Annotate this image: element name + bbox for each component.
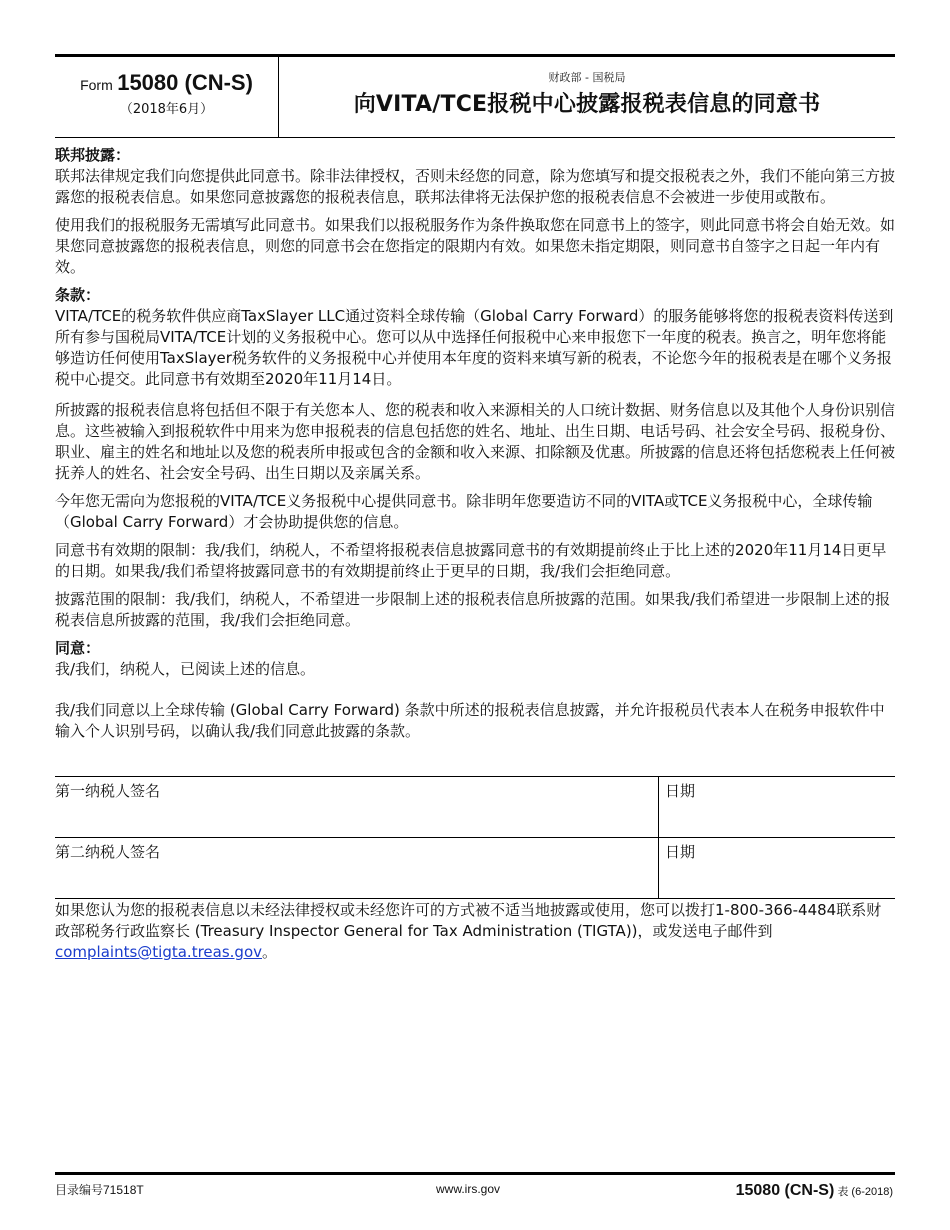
complaints-email-link[interactable]: complaints@tigta.treas.gov: [55, 943, 262, 961]
federal-disclosure-paragraph-1: 联邦法律规定我们向您提供此同意书。除非法律授权，否则未经您的同意，除为您填写和提…: [55, 166, 895, 208]
terms-paragraph-3: 今年您无需向为您报税的VITA/TCE义务报税中心提供同意书。除非明年您要造访不…: [55, 491, 895, 533]
form-header: Form 15080 (CN-S) （2018年6月） 财政部 - 国税局 向V…: [55, 54, 895, 138]
terms-heading: 条款：: [55, 285, 895, 306]
form-number: 15080 (CN-S): [117, 70, 253, 95]
form-number-line: Form 15080 (CN-S): [80, 70, 253, 96]
federal-disclosure-heading: 联邦披露：: [55, 145, 895, 166]
primary-date-label: 日期: [665, 782, 695, 800]
footer-form-id: 15080 (CN-S) 表 (6-2018): [736, 1182, 893, 1200]
terms-paragraph-1: VITA/TCE的税务软件供应商TaxSlayer LLC通过资料全球传输（Gl…: [55, 306, 895, 390]
primary-taxpayer-signature-field[interactable]: 第一纳税人签名: [55, 777, 659, 837]
notice-text: 如果您认为您的报税表信息以未经法律授权或未经您许可的方式被不适当地披露或使用，您…: [55, 901, 881, 940]
form-footer: 目录编号71518T www.irs.gov 15080 (CN-S) 表 (6…: [55, 1172, 895, 1202]
page-title: 向VITA/TCE报税中心披露报税表信息的同意书: [354, 87, 821, 118]
consent-heading: 同意：: [55, 638, 895, 659]
secondary-date-label: 日期: [665, 843, 695, 861]
form-body: 联邦披露： 联邦法律规定我们向您提供此同意书。除非法律授权，否则未经您的同意，除…: [55, 145, 895, 742]
federal-disclosure-paragraph-2: 使用我们的报税服务无需填写此同意书。如果我们以报税服务作为条件换取您在同意书上的…: [55, 215, 895, 278]
catalog-number: 目录编号71518T: [55, 1181, 144, 1198]
title-block: 财政部 - 国税局 向VITA/TCE报税中心披露报税表信息的同意书: [279, 57, 895, 137]
consent-paragraph-2: 我/我们同意以上全球传输 (Global Carry Forward) 条款中所…: [55, 700, 895, 742]
primary-date-field[interactable]: 日期: [659, 777, 895, 837]
secondary-signature-label: 第二纳税人签名: [55, 843, 160, 861]
primary-signature-label: 第一纳税人签名: [55, 782, 160, 800]
duration-limitation-paragraph: 同意书有效期的限制：我/我们，纳税人，不希望将报税表信息披露同意书的有效期提前终…: [55, 540, 895, 582]
form-word: Form: [80, 77, 113, 93]
signature-row-primary: 第一纳税人签名 日期: [55, 777, 895, 838]
agency-name: 财政部 - 国税局: [549, 69, 626, 85]
tigta-notice: 如果您认为您的报税表信息以未经法律授权或未经您许可的方式被不适当地披露或使用，您…: [55, 900, 895, 963]
notice-end: 。: [262, 943, 277, 961]
scope-limitation-paragraph: 披露范围的限制：我/我们，纳税人，不希望进一步限制上述的报税表信息所披露的范围。…: [55, 589, 895, 631]
terms-paragraph-2: 所披露的报税表信息将包括但不限于有关您本人、您的税表和收入来源相关的人口统计数据…: [55, 400, 895, 484]
revision-date: （2018年6月）: [120, 98, 213, 117]
signature-row-secondary: 第二纳税人签名 日期: [55, 838, 895, 899]
footer-form-revision: 表 (6-2018): [834, 1186, 893, 1198]
secondary-date-field[interactable]: 日期: [659, 838, 895, 898]
form-id-block: Form 15080 (CN-S) （2018年6月）: [55, 57, 279, 137]
signature-table: 第一纳税人签名 日期 第二纳税人签名 日期: [55, 776, 895, 899]
consent-paragraph-1: 我/我们，纳税人，已阅读上述的信息。: [55, 659, 895, 680]
website-url: www.irs.gov: [436, 1182, 500, 1196]
secondary-taxpayer-signature-field[interactable]: 第二纳税人签名: [55, 838, 659, 898]
footer-form-number: 15080 (CN-S): [736, 1182, 835, 1199]
